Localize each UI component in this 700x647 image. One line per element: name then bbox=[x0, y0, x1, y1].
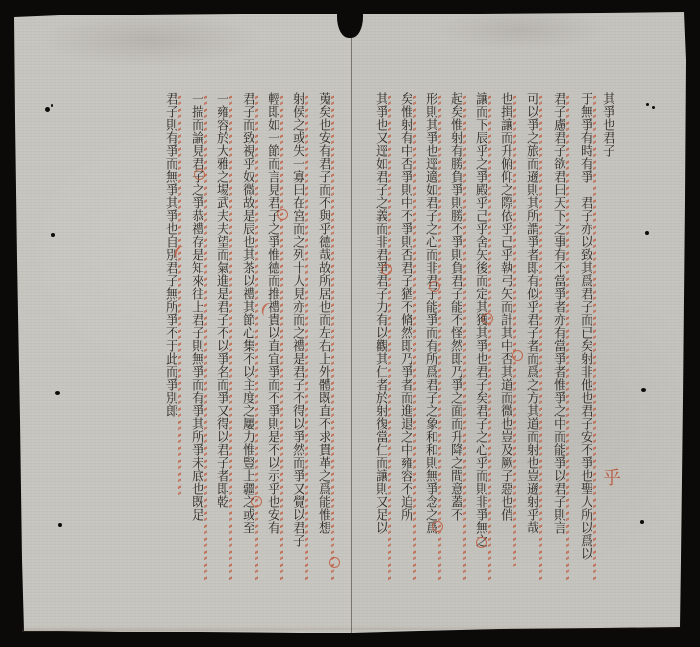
right-page-column-8: 形則其爭也逕適如君子之心而非君子能爭而有所爲君子之象和和則無爭念之爲 bbox=[423, 92, 437, 584]
red-circle-mark bbox=[432, 521, 443, 532]
left-page-column-2: 射侯之或失一寡曰在宮而之列十人見亦而之禮是君子不得以爭然而爭又覺以君子 bbox=[290, 92, 304, 584]
left-page-column-1: 蒐矣也安有君子而不與乎德哉故所居也而左右上外體既直不求貫革之爲能惟想 bbox=[316, 92, 330, 584]
red-circle-mark bbox=[329, 557, 340, 568]
red-punctuation-marks bbox=[413, 95, 416, 580]
right-page-column-1: 其爭也君子 bbox=[600, 92, 614, 584]
right-page-column-5: 也揖讓而升俯仰之際依乎己乎執弓矢而計其中否其道而微也豈及厥子惡也俏 bbox=[498, 92, 512, 584]
manuscript-scan: 其爭也君子 于無爭有時有爭 君子亦以致其爲君子而已矣射非他也君子安不爭也聖人所以… bbox=[0, 0, 700, 647]
left-page-column-5: 一雍容於大雅之場武夫夫望而氣進是君子不以爭名而爭又得以君子者即乾 bbox=[214, 92, 228, 584]
binding-hole-icon bbox=[51, 233, 55, 237]
left-page-column-6: 一揣而論見君子之爭恭禮存是知來往上君子則無爭而有爭其所爭未底也既足 bbox=[189, 92, 203, 584]
right-page-column-7: 起矣惟射有勝負爭則勝不爭則負君子能不怪然即乃爭之面而升降之間意蓋不 bbox=[448, 92, 462, 584]
red-circle-mark bbox=[194, 169, 205, 180]
left-page-column-7: 君子則有爭而無爭其爭也自別君子無所爭不于此而爭別郎 bbox=[163, 92, 177, 492]
right-page-column-6: 讓而下辰乎之爭殿乎己乎舍矢後而定其獲其爭也君子矣君子之心乎而則非爭無之 bbox=[473, 92, 487, 584]
red-punctuation-marks bbox=[488, 95, 491, 580]
right-page-column-4: 可以爭之旅而遜則其所謂爭者即有似乎君子者而爲之方其道而射也豈遜射乎哉 bbox=[524, 92, 538, 584]
binding-hole-icon bbox=[641, 388, 646, 392]
right-page-column-10: 其爭也又逕如君子之義而非君爭君子力有以觀其仁者於射復當仁而讓則又足以 bbox=[373, 92, 387, 584]
center-fold-line bbox=[351, 36, 352, 633]
red-circle-mark bbox=[277, 209, 288, 220]
left-page-column-4: 君子而致視乎奴微故是辰也其茶以禮其節心集不以主度之屢力惟豎上疆之或至 bbox=[240, 92, 254, 584]
red-circle-mark bbox=[251, 496, 262, 507]
red-punctuation-marks bbox=[280, 95, 283, 580]
red-punctuation-marks bbox=[204, 95, 207, 580]
binding-hole-icon bbox=[645, 231, 649, 235]
marginal-note: 乎 bbox=[601, 468, 619, 486]
red-punctuation-marks bbox=[566, 95, 569, 580]
red-circle-mark bbox=[429, 281, 440, 292]
binding-hole-icon bbox=[58, 523, 62, 527]
red-punctuation-marks bbox=[331, 95, 334, 580]
red-punctuation-marks bbox=[438, 95, 441, 580]
right-page-column-2: 于無爭有時有爭 君子亦以致其爲君子而已矣射非他也君子安不爭也聖人所以爲以 bbox=[578, 92, 592, 584]
binding-hole-icon bbox=[646, 103, 649, 106]
right-page-column-3: 君子慮君子欲君曰天下之事有不當爭者亦有當爭者惟爭之中而能爭以君子則言 bbox=[551, 92, 565, 584]
red-punctuation-marks bbox=[463, 95, 466, 580]
red-punctuation-marks bbox=[513, 95, 516, 566]
right-page-column-9: 矣惟射有中否爭則中不爭則否君子猶不脩然即乃爭者而進退之中雍容不迫所 bbox=[398, 92, 412, 584]
binding-hole-icon bbox=[640, 520, 644, 524]
red-circle-mark bbox=[512, 350, 523, 361]
red-circle-mark bbox=[482, 313, 493, 324]
binding-hole-icon bbox=[45, 107, 50, 112]
red-punctuation-marks bbox=[178, 95, 181, 496]
binding-hole-icon bbox=[55, 391, 60, 395]
red-circle-mark bbox=[476, 537, 487, 548]
red-punctuation-marks bbox=[539, 95, 542, 580]
red-punctuation-marks bbox=[305, 95, 308, 580]
left-page-column-3: 輕即如一節而言見君子之爭惟德而推禮貴以直宜爭而不爭則是不以示乎也安有 bbox=[265, 92, 279, 584]
red-punctuation-marks bbox=[388, 95, 391, 580]
red-circle-mark bbox=[381, 264, 392, 275]
red-punctuation-marks bbox=[255, 95, 258, 580]
red-punctuation-marks bbox=[593, 95, 596, 580]
binding-hole-icon bbox=[652, 106, 655, 109]
red-punctuation-marks bbox=[229, 95, 232, 580]
binding-hole-icon bbox=[51, 104, 53, 107]
